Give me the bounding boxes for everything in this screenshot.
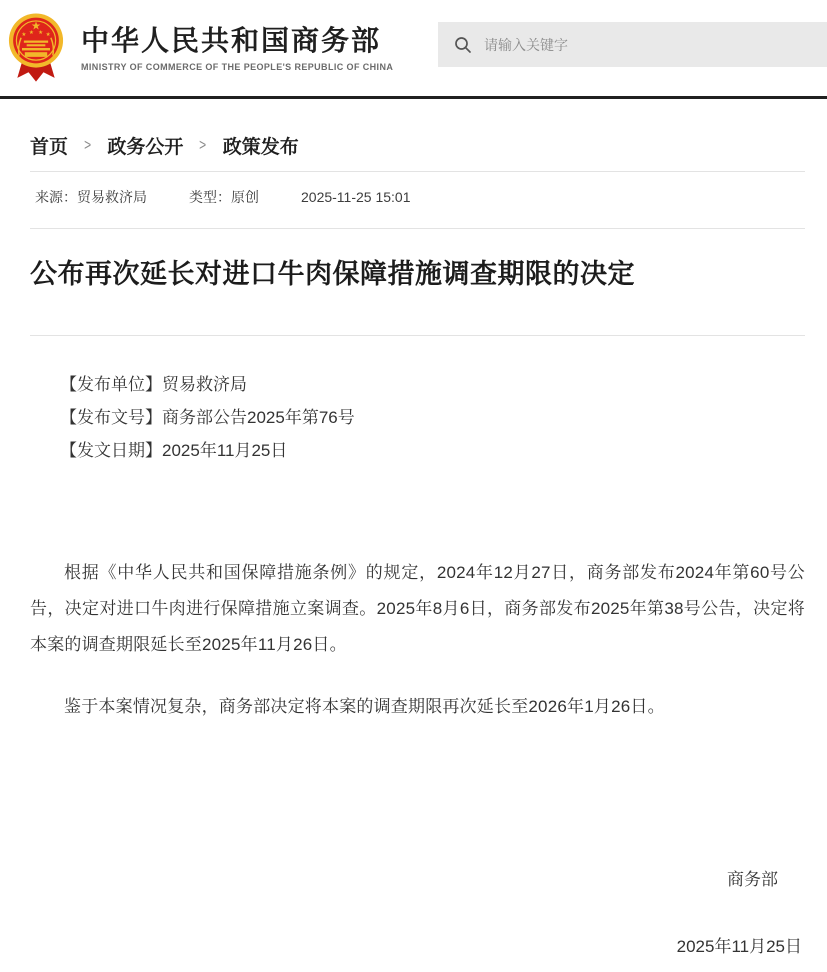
svg-text:★: ★ — [46, 31, 51, 38]
brand-text: 中华人民共和国商务部 MINISTRY OF COMMERCE OF THE P… — [81, 24, 393, 72]
meta-type: 类型：原创 — [189, 187, 259, 207]
main-content: 首页 > 政务公开 > 政策发布 来源：贸易救济局 类型：原创 2025-11-… — [0, 132, 827, 957]
meta-source-label: 来源： — [35, 189, 77, 205]
signature-name: 商务部 — [30, 865, 805, 890]
meta-source: 来源：贸易救济局 — [35, 187, 147, 207]
site-subtitle: MINISTRY OF COMMERCE OF THE PEOPLE'S REP… — [81, 62, 393, 72]
site-header: ★ ★ ★ ★ ★ 中华人民共和国商务部 MINISTRY OF COMMERC… — [0, 0, 827, 96]
article-info-block: 【发布单位】贸易救济局 【发布文号】商务部公告2025年第76号 【发文日期】2… — [30, 368, 805, 467]
signature-date: 2025年11月25日 — [30, 932, 805, 957]
info-line-issuing-unit: 【发布单位】贸易救济局 — [60, 368, 805, 401]
article-title: 公布再次延长对进口牛肉保障措施调查期限的决定 — [30, 255, 805, 293]
divider — [30, 171, 805, 172]
info-line-document-number: 【发布文号】商务部公告2025年第76号 — [60, 401, 805, 434]
svg-text:★: ★ — [38, 29, 43, 36]
site-logo[interactable]: ★ ★ ★ ★ ★ 中华人民共和国商务部 MINISTRY OF COMMERC… — [8, 11, 393, 85]
divider — [30, 335, 805, 336]
divider — [30, 228, 805, 229]
meta-type-value: 原创 — [231, 189, 259, 205]
svg-text:★: ★ — [29, 29, 34, 36]
breadcrumb-item-government-affairs[interactable]: 政务公开 — [107, 132, 183, 159]
article-paragraph: 根据《中华人民共和国保障措施条例》的规定，2024年12月27日，商务部发布20… — [30, 555, 805, 663]
search-input[interactable] — [484, 37, 764, 53]
breadcrumb-separator-icon: > — [200, 137, 207, 155]
article-body: 根据《中华人民共和国保障措施条例》的规定，2024年12月27日，商务部发布20… — [30, 555, 805, 725]
meta-type-label: 类型： — [189, 189, 231, 205]
header-divider — [0, 96, 827, 99]
breadcrumb-item-home[interactable]: 首页 — [30, 132, 68, 159]
breadcrumb-item-policy-release[interactable]: 政策发布 — [223, 132, 299, 159]
page: ★ ★ ★ ★ ★ 中华人民共和国商务部 MINISTRY OF COMMERC… — [0, 0, 827, 957]
site-title: 中华人民共和国商务部 — [81, 24, 393, 58]
national-emblem-icon: ★ ★ ★ ★ ★ — [8, 11, 64, 85]
breadcrumb-separator-icon: > — [84, 137, 91, 155]
search-box[interactable] — [438, 22, 827, 67]
breadcrumb: 首页 > 政务公开 > 政策发布 — [30, 132, 805, 159]
meta-source-value: 贸易救济局 — [77, 189, 147, 205]
article-meta: 来源：贸易救济局 类型：原创 2025-11-25 15:01 — [30, 187, 805, 207]
info-line-issue-date: 【发文日期】2025年11月25日 — [60, 434, 805, 467]
article-paragraph: 鉴于本案情况复杂，商务部决定将本案的调查期限再次延长至2026年1月26日。 — [30, 689, 805, 725]
signature-block: 商务部 2025年11月25日 — [30, 865, 805, 957]
search-icon[interactable] — [454, 36, 472, 54]
svg-text:★: ★ — [21, 31, 26, 38]
meta-publish-datetime: 2025-11-25 15:01 — [301, 189, 411, 205]
